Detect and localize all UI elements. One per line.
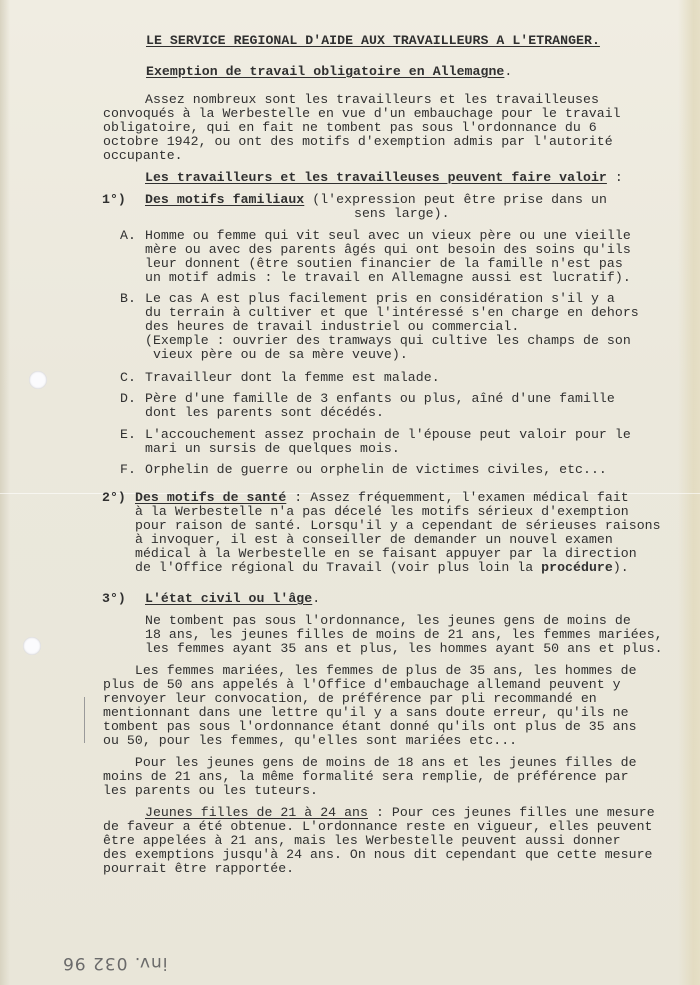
document-subtitle: Exemption de travail obligatoire en Alle… — [146, 65, 512, 79]
margin-mark — [84, 697, 85, 743]
subtitle-text: Exemption de travail obligatoire en Alle… — [146, 64, 504, 79]
para-line: renvoyer leur convocation, de préférence… — [103, 692, 597, 706]
punch-hole-top — [29, 371, 47, 389]
para-line: tombent pas sous l'ordonnance étant donn… — [103, 720, 637, 734]
section-heading-line: Des motifs de santé : Assez fréquemment,… — [135, 491, 629, 505]
section-heading-rest2: sens large). — [354, 207, 450, 221]
para-line: Les femmes mariées, les femmes de plus d… — [103, 664, 637, 678]
section-line: médical à la Werbestelle en se faisant a… — [135, 547, 637, 561]
item-line: (Exemple : ouvrier des tramways qui cult… — [145, 334, 631, 348]
para-line: moins de 21 ans, la même formalité sera … — [103, 770, 629, 784]
punch-hole-bottom — [23, 637, 41, 655]
item-line: mari un sursis de quelques mois. — [145, 442, 400, 456]
item-line: Orphelin de guerre ou orphelin de victim… — [145, 463, 607, 477]
item-line: dont les parents sont décédés. — [145, 406, 384, 420]
para4-heading: Jeunes filles de 21 à 24 ans — [145, 805, 368, 820]
document-title: LE SERVICE REGIONAL D'AIDE AUX TRAVAILLE… — [146, 34, 600, 48]
intro-line: octobre 1942, ou ont des motifs d'exempt… — [103, 135, 613, 149]
intro-line: Assez nombreux sont les travailleurs et … — [145, 93, 599, 107]
para-line: Pour les jeunes gens de moins de 18 ans … — [103, 756, 637, 770]
item-line: du terrain à cultiver et que l'intéressé… — [145, 306, 639, 320]
subtitle-end: . — [504, 64, 512, 79]
item-line: L'accouchement assez prochain de l'épous… — [145, 428, 631, 442]
section-heading-rest: (l'expression peut être prise dans un — [304, 192, 607, 207]
para-line: pourrait être rapportée. — [103, 862, 294, 876]
item-letter: D. — [120, 392, 136, 406]
para-line: mentionnant dans une lettre qu'il y a sa… — [103, 706, 629, 720]
section-line: à la Werbestelle n'a pas décelé les moti… — [135, 505, 629, 519]
intro-line: obligatoire, qui en fait ne tombent pas … — [103, 121, 597, 135]
section-heading-rest: : Assez fréquemment, l'examen médical fa… — [286, 490, 628, 505]
item-line: Travailleur dont la femme est malade. — [145, 371, 440, 385]
section-number: 3°) — [102, 592, 126, 606]
item-line: leur donnent (être soutien financier de … — [145, 257, 623, 271]
section-heading: Des motifs familiaux — [145, 192, 304, 207]
handwritten-inventory-note: inv. 032 96 — [62, 953, 168, 973]
para-line: ou 50, pour les femmes, qu'elles sont ma… — [103, 734, 517, 748]
intro-line: occupante. — [103, 149, 183, 163]
section-heading-line: Des motifs familiaux (l'expression peut … — [145, 193, 607, 207]
item-letter: E. — [120, 428, 136, 442]
para4-heading-line: Jeunes filles de 21 à 24 ans : Pour ces … — [145, 806, 655, 820]
document-page: LE SERVICE REGIONAL D'AIDE AUX TRAVAILLE… — [0, 0, 700, 985]
section-heading-line: L'état civil ou l'âge. — [145, 592, 320, 606]
item-letter: A. — [120, 229, 136, 243]
item-line: vieux père ou de sa mère veuve). — [145, 348, 408, 362]
intro-line: convoqués à la Werbestelle en vue d'un e… — [103, 107, 621, 121]
lead-heading-text: Les travailleurs et les travailleuses pe… — [145, 170, 607, 185]
item-line: Le cas A est plus facilement pris en con… — [145, 292, 615, 306]
para-line: les femmes ayant 35 ans et plus, les hom… — [145, 642, 663, 656]
para4-heading-rest: : Pour ces jeunes filles une mesure — [368, 805, 655, 820]
section-text: de l'Office régional du Travail (voir pl… — [135, 560, 541, 575]
section-line: à invoquer, il est à conseiller de deman… — [135, 533, 613, 547]
item-letter: C. — [120, 371, 136, 385]
para-line: plus de 50 ans appelés à l'Office d'emba… — [103, 678, 621, 692]
section-line: pour raison de santé. Lorsqu'il y a cepe… — [135, 519, 661, 533]
item-letter: B. — [120, 292, 136, 306]
section-text: ). — [613, 560, 629, 575]
section-number: 2°) — [102, 491, 126, 505]
para-line: 18 ans, les jeunes filles de moins de 21… — [145, 628, 663, 642]
section-number: 1°) — [102, 193, 126, 207]
section-heading: L'état civil ou l'âge — [145, 591, 312, 606]
item-line: mère ou avec des parents âgés qui ont be… — [145, 243, 631, 257]
para-line: Ne tombent pas sous l'ordonnance, les je… — [145, 614, 631, 628]
item-letter: F. — [120, 463, 136, 477]
section-line-last: de l'Office régional du Travail (voir pl… — [135, 561, 629, 575]
lead-heading-end: : — [607, 170, 623, 185]
para-line: de faveur a été obtenue. L'ordonnance re… — [103, 820, 653, 834]
section-heading: Des motifs de santé — [135, 490, 286, 505]
para-line: des exemptions jusqu'à 24 ans. On nous d… — [103, 848, 653, 862]
para-line: être appelées à 21 ans, mais les Werbest… — [103, 834, 621, 848]
para-line: les parents ou les tuteurs. — [103, 784, 318, 798]
section-heading-end: . — [312, 591, 320, 606]
item-line: Père d'une famille de 3 enfants ou plus,… — [145, 392, 615, 406]
procedure-emphasis: procédure — [541, 560, 613, 575]
lead-heading: Les travailleurs et les travailleuses pe… — [145, 171, 623, 185]
item-line: Homme ou femme qui vit seul avec un vieu… — [145, 229, 631, 243]
item-line: un motif admis : le travail en Allemagne… — [145, 271, 631, 285]
item-line: des heures de travail industriel ou comm… — [145, 320, 519, 334]
